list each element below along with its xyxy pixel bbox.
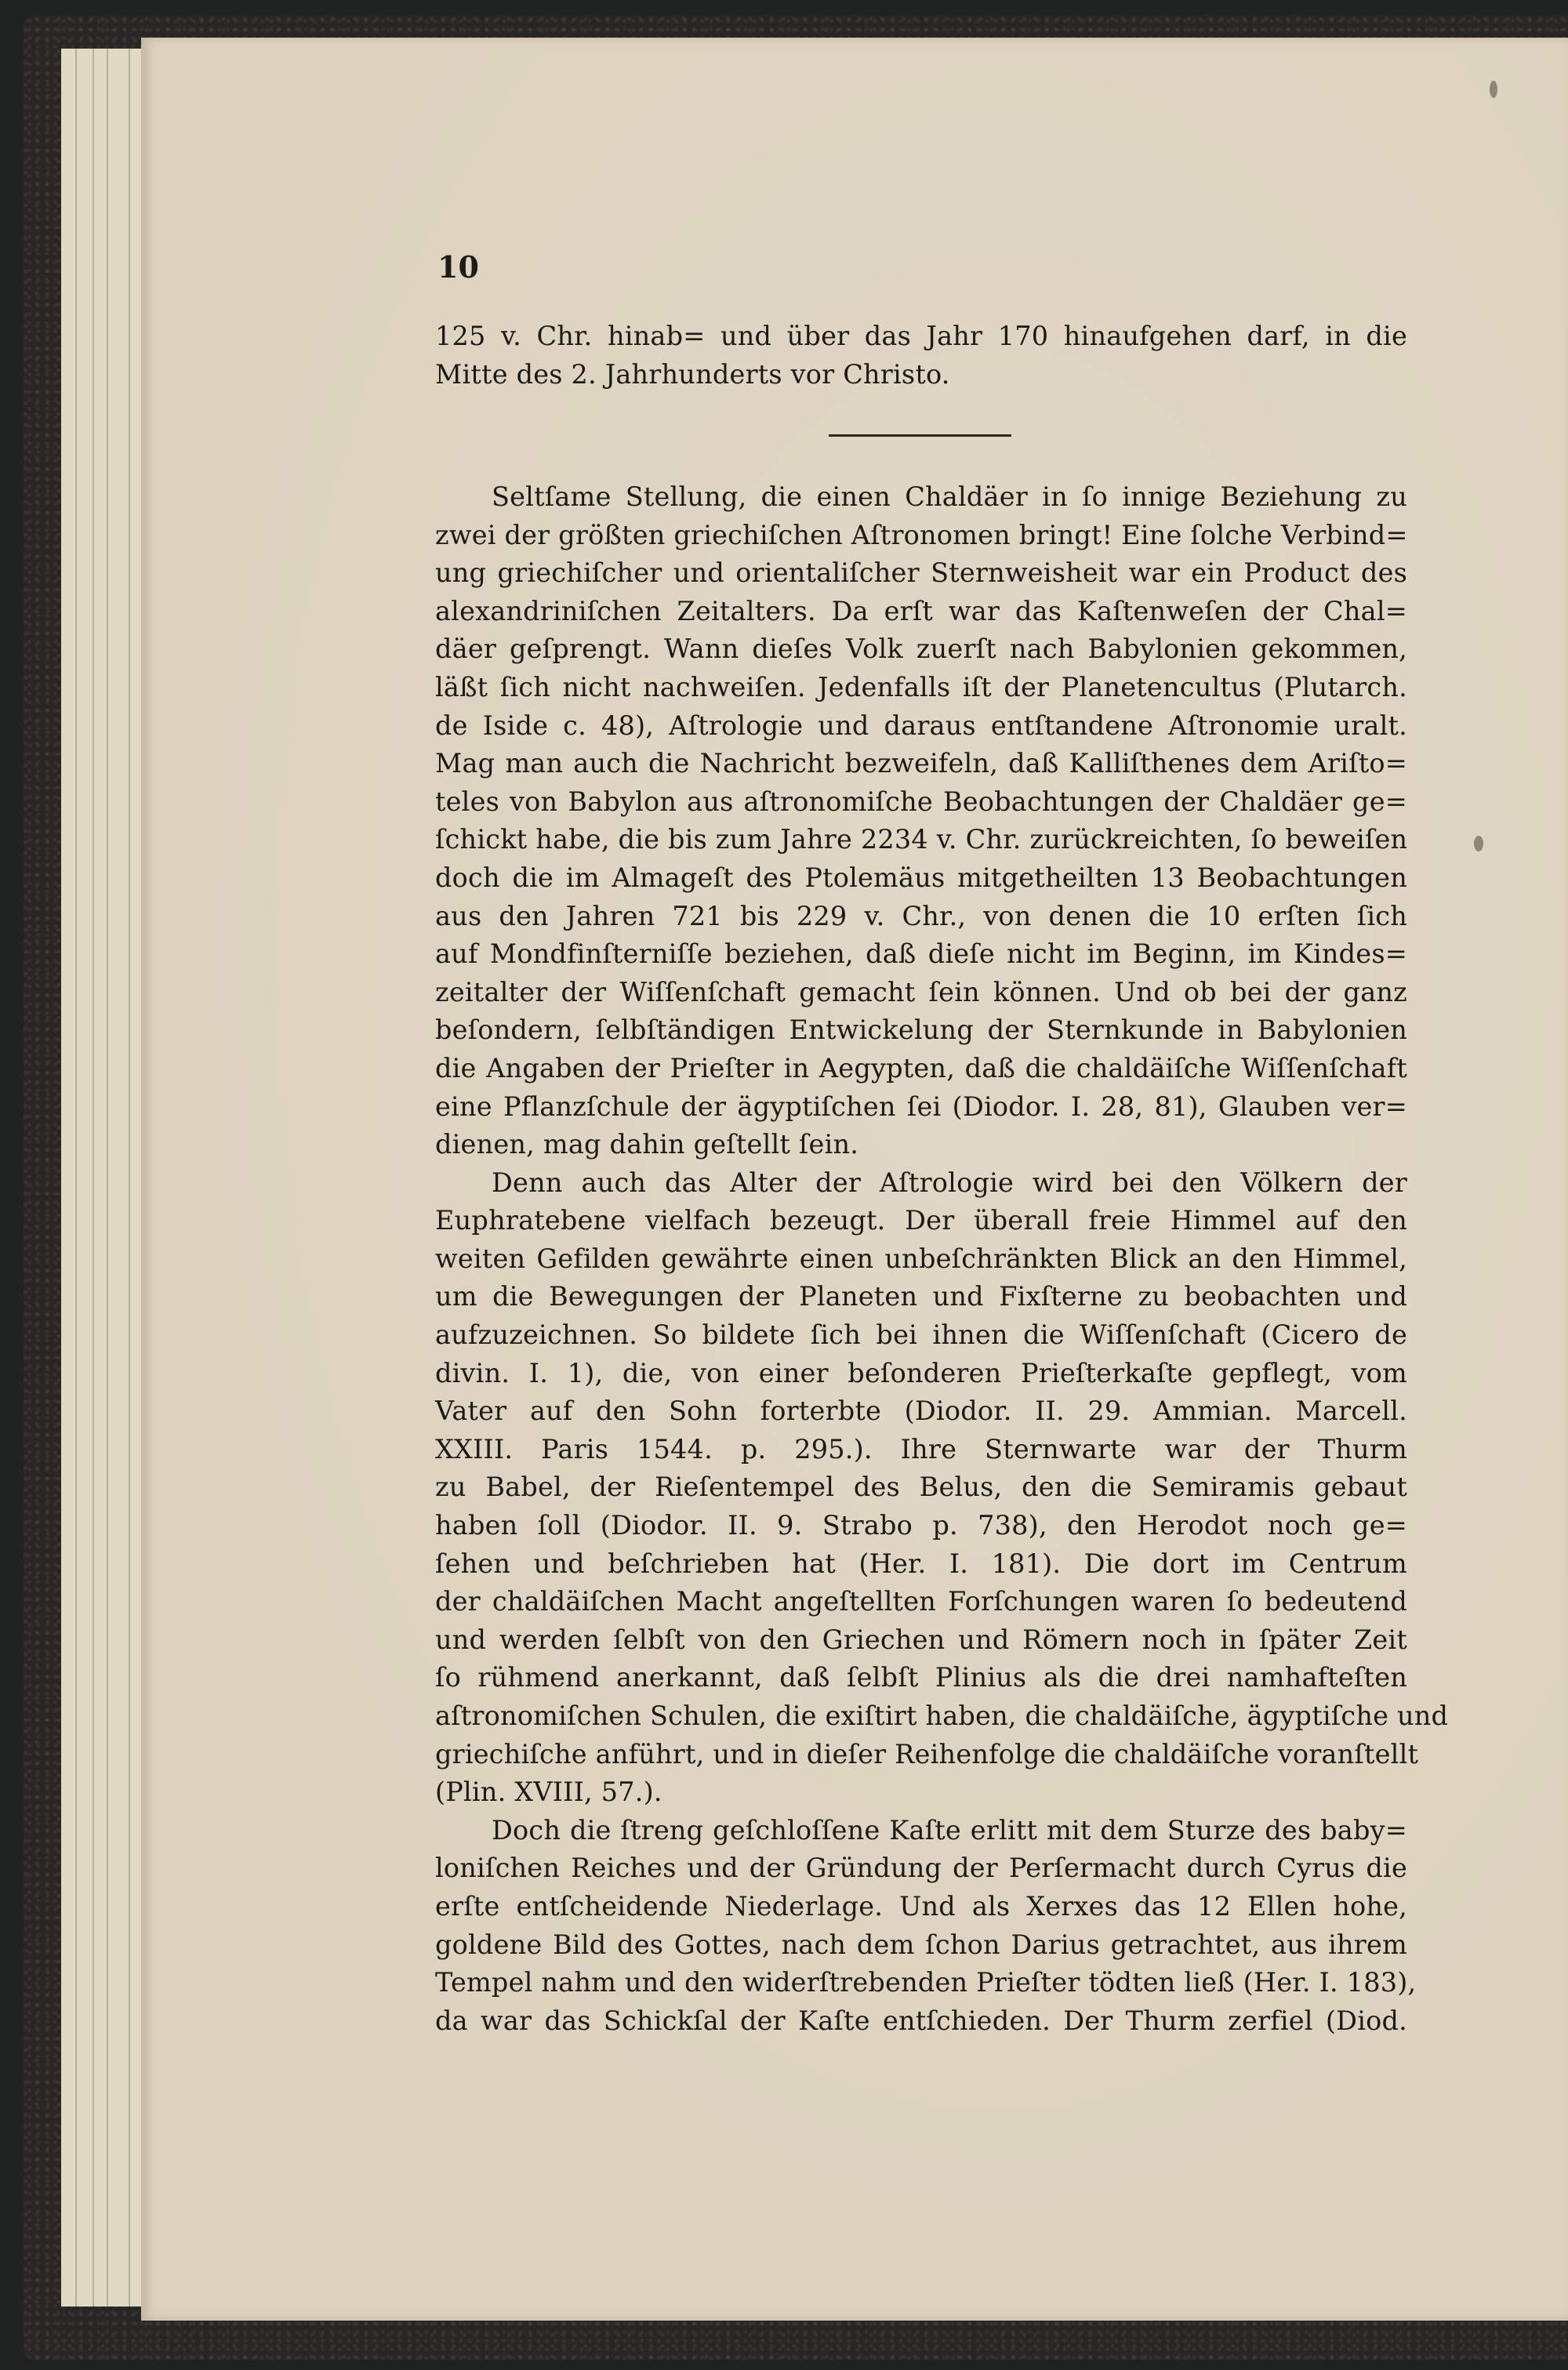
paragraph-3-line: loniſchen Reiches und der Gründung der P… [435,1849,1407,1888]
paragraph-2-line: aſtronomiſchen Schulen, die exiſtirt hab… [435,1697,1407,1736]
paragraph-3-line: goldene Bild des Gottes, nach dem ſchon … [435,1926,1407,1965]
paragraph-1-line: Mag man auch die Nachricht bezweifeln, d… [435,745,1407,783]
paragraph-2-line: Euphratebene vielfach bezeugt. Der übera… [435,1202,1407,1240]
paragraph-3-line: Doch die ſtreng geſchloſſene Kaſte erlit… [435,1812,1407,1850]
paper-stain [1474,836,1483,851]
main-text: Seltſame Stellung, die einen Chaldäer in… [435,478,1407,2040]
page-edge-line [107,49,108,2306]
paragraph-1-line: auf Mondfinſterniſſe beziehen, daß dieſe… [435,935,1407,974]
paragraph-2-line: Vater auf den Sohn forterbte (Diodor. II… [435,1392,1407,1431]
paragraph-1-line: teles von Babylon aus aſtronomiſche Beob… [435,783,1407,822]
paragraph-1-line: aus den Jahren 721 bis 229 v. Chr., von … [435,898,1407,936]
paragraph-3-line: Tempel nahm und den widerſtrebenden Prie… [435,1964,1407,2002]
paper-stain [1490,81,1497,98]
paragraph-2-line: der chaldäiſchen Macht angeſtellten Forſ… [435,1583,1407,1621]
paragraph-1-line: doch die im Almageſt des Ptolemäus mitge… [435,859,1407,898]
page-edge-line [75,49,77,2306]
paragraph-2-line: weiten Gefilden gewährte einen unbeſchrä… [435,1240,1407,1279]
paragraph-1-line: de Iside c. 48), Aſtrologie und daraus e… [435,707,1407,746]
text-line: 125 v. Chr. hinab= und über das Jahr 170… [435,318,1407,356]
paragraph-2-line: und werden ſelbſt von den Griechen und R… [435,1621,1407,1660]
section-divider-rule [829,434,1011,437]
paragraph-2-line: (Plin. XVIII, 57.). [435,1773,1407,1812]
paragraph-1-line: ung griechiſcher und orientaliſcher Ster… [435,554,1407,593]
paragraph-2-line: um die Bewegungen der Planeten und Fixſt… [435,1278,1407,1316]
paragraph-1-line: däer geſprengt. Wann dieſes Volk zuerſt … [435,630,1407,669]
page-edge-line [93,49,94,2306]
paragraph-1-line: zwei der größten griechiſchen Aſtronomen… [435,517,1407,555]
paragraph-1-line: läßt ſich nicht nachweiſen. Jedenfalls i… [435,669,1407,707]
paragraph-1-line: Seltſame Stellung, die einen Chaldäer in… [435,478,1407,517]
paragraph-2-line: ſo rühmend anerkannt, daß ſelbſt Plinius… [435,1659,1407,1697]
paragraph-2-line: zu Babel, der Rieſentempel des Belus, de… [435,1468,1407,1507]
paragraph-1-line: beſondern, ſelbſtändigen Entwickelung de… [435,1011,1407,1050]
paragraph-2-line: haben ſoll (Diodor. II. 9. Strabo p. 738… [435,1507,1407,1545]
paragraph-1-line: alexandriniſchen Zeitalters. Da erſt war… [435,593,1407,631]
text-line: Mitte des 2. Jahrhunderts vor Christo. [435,356,1407,394]
paragraph-1-line: zeitalter der Wiſſenſchaft gemacht ſein … [435,974,1407,1012]
paragraph-2-line: aufzuzeichnen. So bildete ſich bei ihnen… [435,1316,1407,1355]
paragraph-3-line: erſte entſcheidende Niederlage. Und als … [435,1888,1407,1926]
paragraph-2-line: griechiſche anführt, und in dieſer Reihe… [435,1736,1407,1774]
paragraph-1-line: die Angaben der Prieſter in Aegypten, da… [435,1050,1407,1088]
paragraph-1-line: eine Pflanzſchule der ägyptiſchen ſei (D… [435,1088,1407,1127]
paragraph-2-line: Denn auch das Alter der Aſtrologie wird … [435,1164,1407,1203]
paragraph-3-line: da war das Schickſal der Kaſte entſchied… [435,2002,1407,2041]
paragraph-2-line: XXIII. Paris 1544. p. 295.). Ihre Sternw… [435,1431,1407,1469]
page-number: 10 [437,249,479,285]
paragraph-1-line: ſchickt habe, die bis zum Jahre 2234 v. … [435,821,1407,859]
paragraph-1-line: dienen, mag dahin geſtellt ſein. [435,1126,1407,1164]
continuation-text: 125 v. Chr. hinab= und über das Jahr 170… [435,318,1407,394]
page-edge-line [129,49,130,2306]
paragraph-2-line: divin. I. 1), die, von einer beſonderen … [435,1355,1407,1393]
paragraph-2-line: ſehen und beſchrieben hat (Her. I. 181).… [435,1545,1407,1584]
